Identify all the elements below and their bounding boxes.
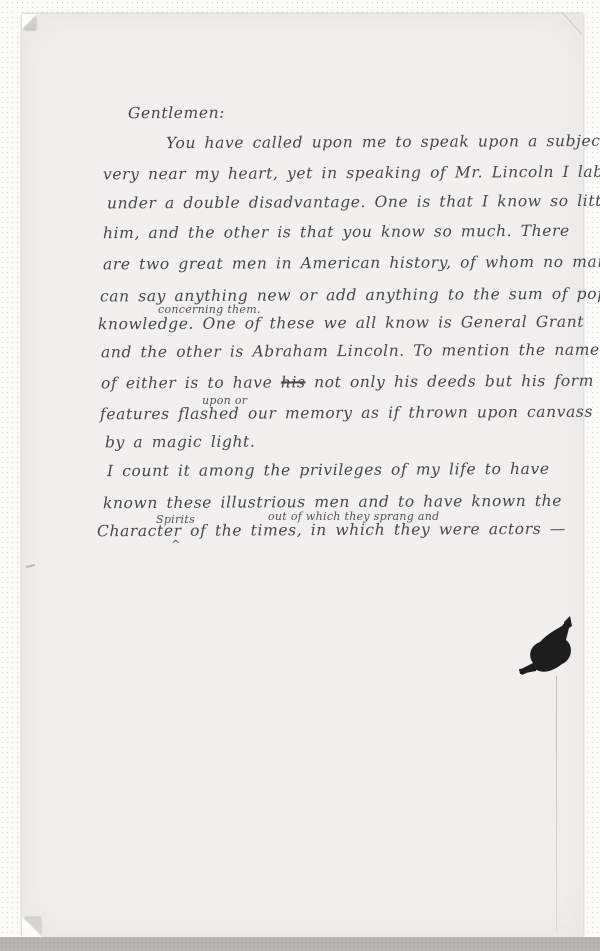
manuscript-line: under a double disadvantage. One is that… xyxy=(107,192,600,213)
folded-corner-bottom-left xyxy=(24,918,41,935)
struck-word: his xyxy=(281,373,306,391)
manuscript-line: I count it among the privileges of my li… xyxy=(107,460,550,480)
manuscript-line: You have called upon me to speak upon a … xyxy=(166,132,600,152)
manuscript-line: features flashed our memory as if thrown… xyxy=(100,403,593,424)
line-segment: not only his deeds but his form and xyxy=(306,372,600,392)
ink-blot xyxy=(498,612,584,698)
manuscript-line: by a magic light. xyxy=(105,433,255,452)
manuscript-line: very near my heart, yet in speaking of M… xyxy=(103,163,600,184)
crease-top-right xyxy=(562,12,583,35)
caret-mark: ^ xyxy=(171,538,180,551)
folded-corner-top-left xyxy=(23,16,36,29)
line-segment: of either is to have xyxy=(101,373,281,392)
crease-line xyxy=(556,676,557,932)
manuscript-line: him, and the other is that you know so m… xyxy=(103,222,570,242)
manuscript-line: Character of the times, in which they we… xyxy=(97,520,566,540)
manuscript-line: and the other is Abraham Lincoln. To men… xyxy=(101,341,600,362)
manuscript-line: knowledge. One of these we all know is G… xyxy=(98,313,584,334)
salutation: Gentlemen: xyxy=(128,104,225,123)
manuscript-line: are two great men in American history, o… xyxy=(103,253,600,274)
manuscript-line-with-strikethrough: of either is to have his not only his de… xyxy=(101,372,600,393)
scanner-bed-edge xyxy=(0,937,600,951)
